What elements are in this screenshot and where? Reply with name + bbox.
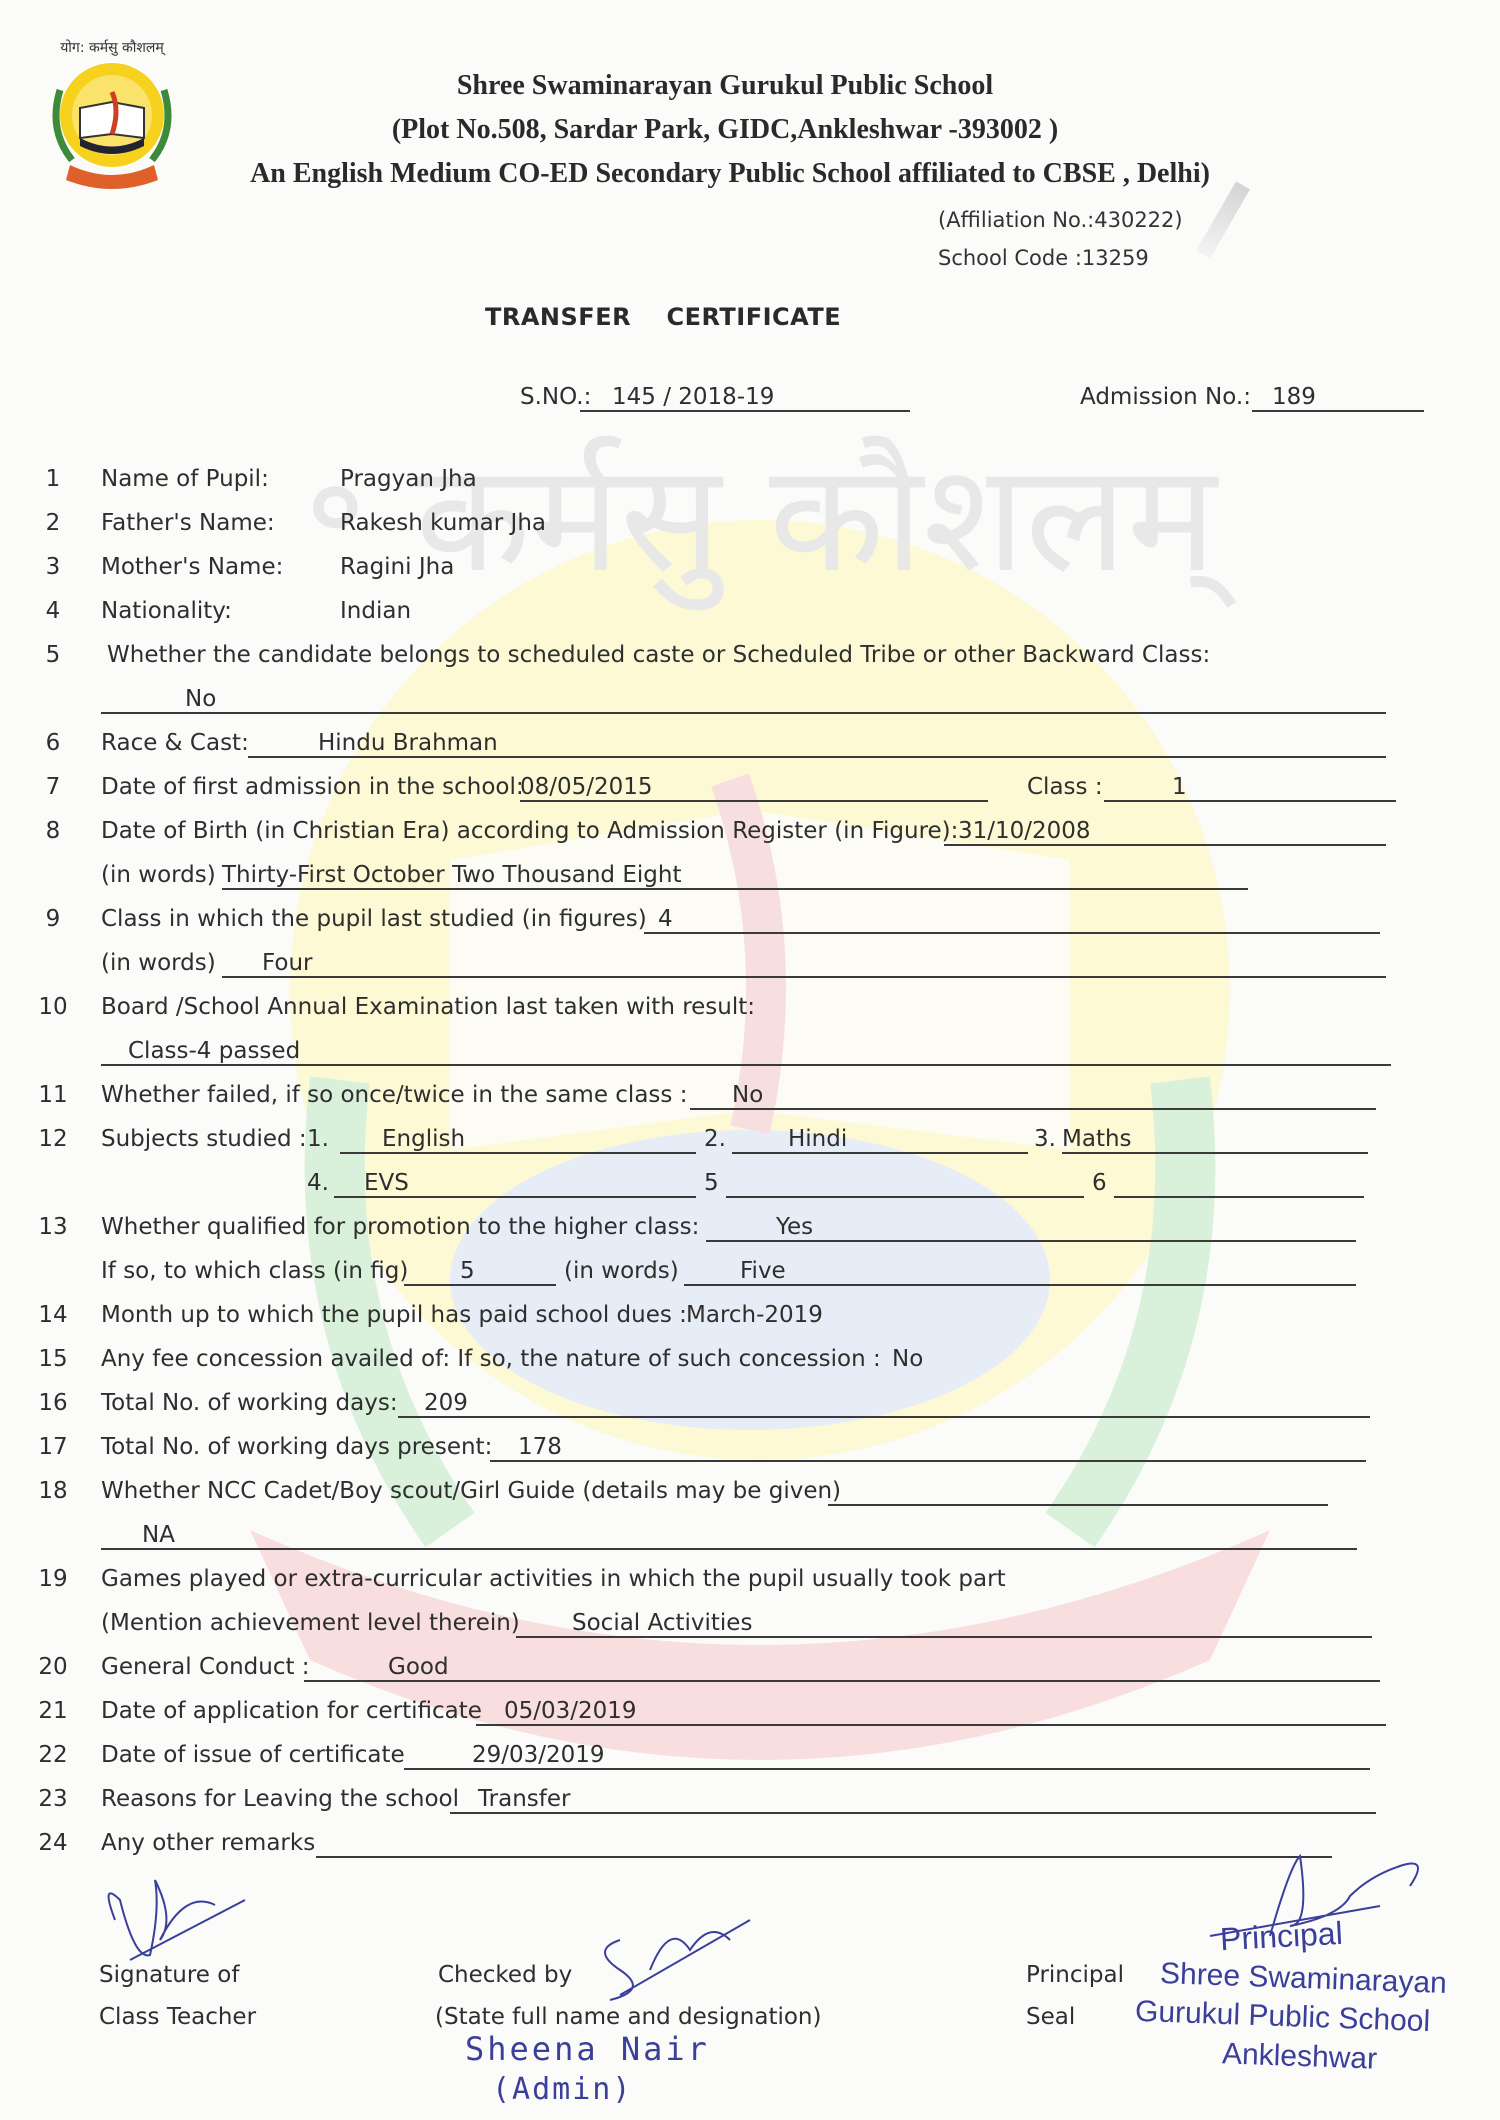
row-number: 22 — [38, 1742, 68, 1768]
school-name: Shree Swaminarayan Gurukul Public School — [200, 70, 1250, 102]
field-label: Whether NCC Cadet/Boy scout/Girl Guide (… — [101, 1478, 841, 1504]
answer-line — [726, 1196, 1084, 1198]
row-number: 20 — [38, 1654, 68, 1680]
field-label: Race & Cast: — [101, 730, 249, 756]
seal-label: Seal — [1026, 2004, 1075, 2030]
serial-line — [580, 410, 910, 412]
answer-line — [944, 844, 1386, 846]
affiliation-number: (Affiliation No.:430222) — [938, 208, 1183, 232]
row-number: 4 — [38, 598, 68, 624]
field-label: (in words) — [101, 950, 216, 976]
admission-class-value: 1 — [1172, 774, 1187, 800]
admission-date-value: 08/05/2015 — [520, 774, 653, 800]
mother-name-value: Ragini Jha — [340, 554, 454, 580]
row-number: 12 — [38, 1126, 68, 1152]
subject-index: 1. — [307, 1126, 329, 1152]
category-value: No — [185, 686, 216, 712]
row-number: 3 — [38, 554, 68, 580]
ncc-value: NA — [142, 1522, 175, 1548]
affiliation-statement: An English Medium CO-ED Secondary Public… — [160, 158, 1300, 190]
field-label: (Mention achievement level therein) — [101, 1610, 520, 1636]
row-number: 13 — [38, 1214, 68, 1240]
field-label: Date of first admission in the school: — [101, 774, 524, 800]
field-label: Name of Pupil: — [101, 466, 269, 492]
class-label: Class : — [1027, 774, 1103, 800]
field-label: Date of application for certificate — [101, 1698, 482, 1724]
failed-value: No — [732, 1082, 763, 1108]
subject-index: 4. — [307, 1170, 329, 1196]
admission-value: 189 — [1272, 384, 1316, 410]
field-label: Nationality: — [101, 598, 232, 624]
field-label: Any other remarks — [101, 1830, 315, 1856]
row-number: 1 — [38, 466, 68, 492]
answer-line — [404, 1284, 556, 1286]
leaving-reason-value: Transfer — [478, 1786, 570, 1812]
pencil-smudge — [1196, 181, 1250, 258]
row-number: 19 — [38, 1566, 68, 1592]
field-label: If so, to which class (in fig) — [101, 1258, 408, 1284]
row-number: 5 — [38, 642, 68, 668]
row-number: 6 — [38, 730, 68, 756]
answer-line — [1104, 800, 1396, 802]
class-teacher-label: Signature of — [99, 1962, 239, 1988]
answer-line — [684, 1284, 1356, 1286]
answer-line — [732, 1152, 1028, 1154]
field-label: Whether failed, if so once/twice in the … — [101, 1082, 687, 1108]
answer-line — [706, 1240, 1356, 1242]
answer-line — [248, 756, 1386, 758]
field-label: Any fee concession availed of: If so, th… — [101, 1346, 881, 1372]
row-number: 8 — [38, 818, 68, 844]
row-number: 16 — [38, 1390, 68, 1416]
class-teacher-signature-icon — [95, 1860, 265, 1970]
row-number: 24 — [38, 1830, 68, 1856]
subject-index: 6 — [1092, 1170, 1107, 1196]
days-present-value: 178 — [518, 1434, 562, 1460]
admission-line — [1252, 410, 1424, 412]
field-label: Total No. of working days present: — [101, 1434, 492, 1460]
nationality-value: Indian — [340, 598, 411, 624]
answer-line — [398, 1416, 1370, 1418]
field-label: (in words) — [564, 1258, 679, 1284]
answer-line — [316, 1856, 1332, 1858]
last-class-figure-value: 4 — [658, 906, 673, 932]
subject-4-value: EVS — [364, 1170, 409, 1196]
promotion-value: Yes — [776, 1214, 813, 1240]
answer-line — [222, 976, 1386, 978]
answer-line — [828, 1504, 1328, 1506]
subject-index: 3. — [1034, 1126, 1056, 1152]
checked-by-designation: (Admin) — [492, 2072, 632, 2107]
subject-2-value: Hindi — [788, 1126, 847, 1152]
answer-line — [222, 888, 1248, 890]
principal-label: Principal — [1026, 1962, 1124, 1988]
race-caste-value: Hindu Brahman — [318, 730, 498, 756]
conduct-value: Good — [388, 1654, 449, 1680]
row-number: 14 — [38, 1302, 68, 1328]
field-label: Board /School Annual Examination last ta… — [101, 994, 755, 1020]
answer-line — [334, 1196, 696, 1198]
fee-concession-value: No — [892, 1346, 923, 1372]
field-label: Mother's Name: — [101, 554, 283, 580]
answer-line — [450, 1812, 1376, 1814]
activities-value: Social Activities — [572, 1610, 752, 1636]
field-label: Date of issue of certificate — [101, 1742, 405, 1768]
row-number: 9 — [38, 906, 68, 932]
checked-by-name: Sheena Nair — [465, 2030, 710, 2068]
class-teacher-label: Class Teacher — [99, 2004, 256, 2030]
promoted-class-figure-value: 5 — [460, 1258, 475, 1284]
field-label: Class in which the pupil last studied (i… — [101, 906, 647, 932]
working-days-value: 209 — [424, 1390, 468, 1416]
exam-result-value: Class-4 passed — [128, 1038, 300, 1064]
row-number: 17 — [38, 1434, 68, 1460]
dues-paid-value: March-2019 — [686, 1302, 823, 1328]
answer-line — [490, 1460, 1366, 1462]
field-label: Date of Birth (in Christian Era) accordi… — [101, 818, 958, 844]
subject-3-value: Maths — [1062, 1126, 1132, 1152]
field-label: Father's Name: — [101, 510, 275, 536]
answer-line — [304, 1680, 1380, 1682]
serial-label: S.NO.: — [520, 384, 591, 410]
row-number: 7 — [38, 774, 68, 800]
stamp-line-1: Shree Swaminarayan — [1159, 1957, 1447, 2001]
school-address: (Plot No.508, Sardar Park, GIDC,Ankleshw… — [200, 114, 1250, 146]
document-title: TRANSFER CERTIFICATE — [485, 303, 841, 331]
row-number: 11 — [38, 1082, 68, 1108]
answer-line — [340, 1152, 696, 1154]
promoted-class-words-value: Five — [740, 1258, 786, 1284]
field-label: Total No. of working days: — [101, 1390, 398, 1416]
answer-line — [520, 800, 988, 802]
school-code: School Code :13259 — [938, 246, 1149, 270]
row-number: 2 — [38, 510, 68, 536]
admission-label: Admission No.: — [1080, 384, 1251, 410]
answer-line — [101, 1064, 1391, 1066]
field-label: Subjects studied : — [101, 1126, 307, 1152]
answer-line — [101, 712, 1386, 714]
answer-line — [404, 1768, 1370, 1770]
field-label: Whether qualified for promotion to the h… — [101, 1214, 699, 1240]
last-class-words-value: Four — [262, 950, 313, 976]
application-date-value: 05/03/2019 — [504, 1698, 637, 1724]
answer-line — [644, 932, 1380, 934]
issue-date-value: 29/03/2019 — [472, 1742, 605, 1768]
subject-1-value: English — [382, 1126, 465, 1152]
row-number: 21 — [38, 1698, 68, 1724]
field-label: Whether the candidate belongs to schedul… — [107, 642, 1210, 668]
checked-by-note: (State full name and designation) — [435, 2004, 821, 2030]
dob-words-value: Thirty-First October Two Thousand Eight — [222, 862, 681, 888]
answer-line — [1114, 1196, 1364, 1198]
stamp-line-2: Gurukul Public School — [1134, 1995, 1430, 2039]
answer-line — [1062, 1152, 1368, 1154]
answer-line — [690, 1108, 1376, 1110]
field-label: General Conduct : — [101, 1654, 310, 1680]
field-label: (in words) — [101, 862, 216, 888]
subject-index: 5 — [704, 1170, 719, 1196]
answer-line — [516, 1636, 1372, 1638]
pupil-name-value: Pragyan Jha — [340, 466, 477, 492]
serial-value: 145 / 2018-19 — [612, 384, 774, 410]
row-number: 18 — [38, 1478, 68, 1504]
field-label: Reasons for Leaving the school — [101, 1786, 459, 1812]
answer-line — [101, 1548, 1357, 1550]
dob-figure-value: 31/10/2008 — [958, 818, 1091, 844]
checked-by-label: Checked by — [438, 1962, 572, 1988]
svg-text:योग: कर्मसु कौशलम्: योग: कर्मसु कौशलम् — [60, 39, 166, 56]
subject-index: 2. — [704, 1126, 726, 1152]
row-number: 10 — [38, 994, 68, 1020]
stamp-title: Principal — [1219, 1915, 1343, 1958]
row-number: 23 — [38, 1786, 68, 1812]
answer-line — [476, 1724, 1386, 1726]
father-name-value: Rakesh kumar Jha — [340, 510, 546, 536]
stamp-line-3: Ankleshwar — [1221, 2037, 1377, 2076]
field-label: Games played or extra-curricular activit… — [101, 1566, 1006, 1592]
field-label: Month up to which the pupil has paid sch… — [101, 1302, 687, 1328]
row-number: 15 — [38, 1346, 68, 1372]
checked-by-signature-icon — [580, 1900, 780, 2010]
